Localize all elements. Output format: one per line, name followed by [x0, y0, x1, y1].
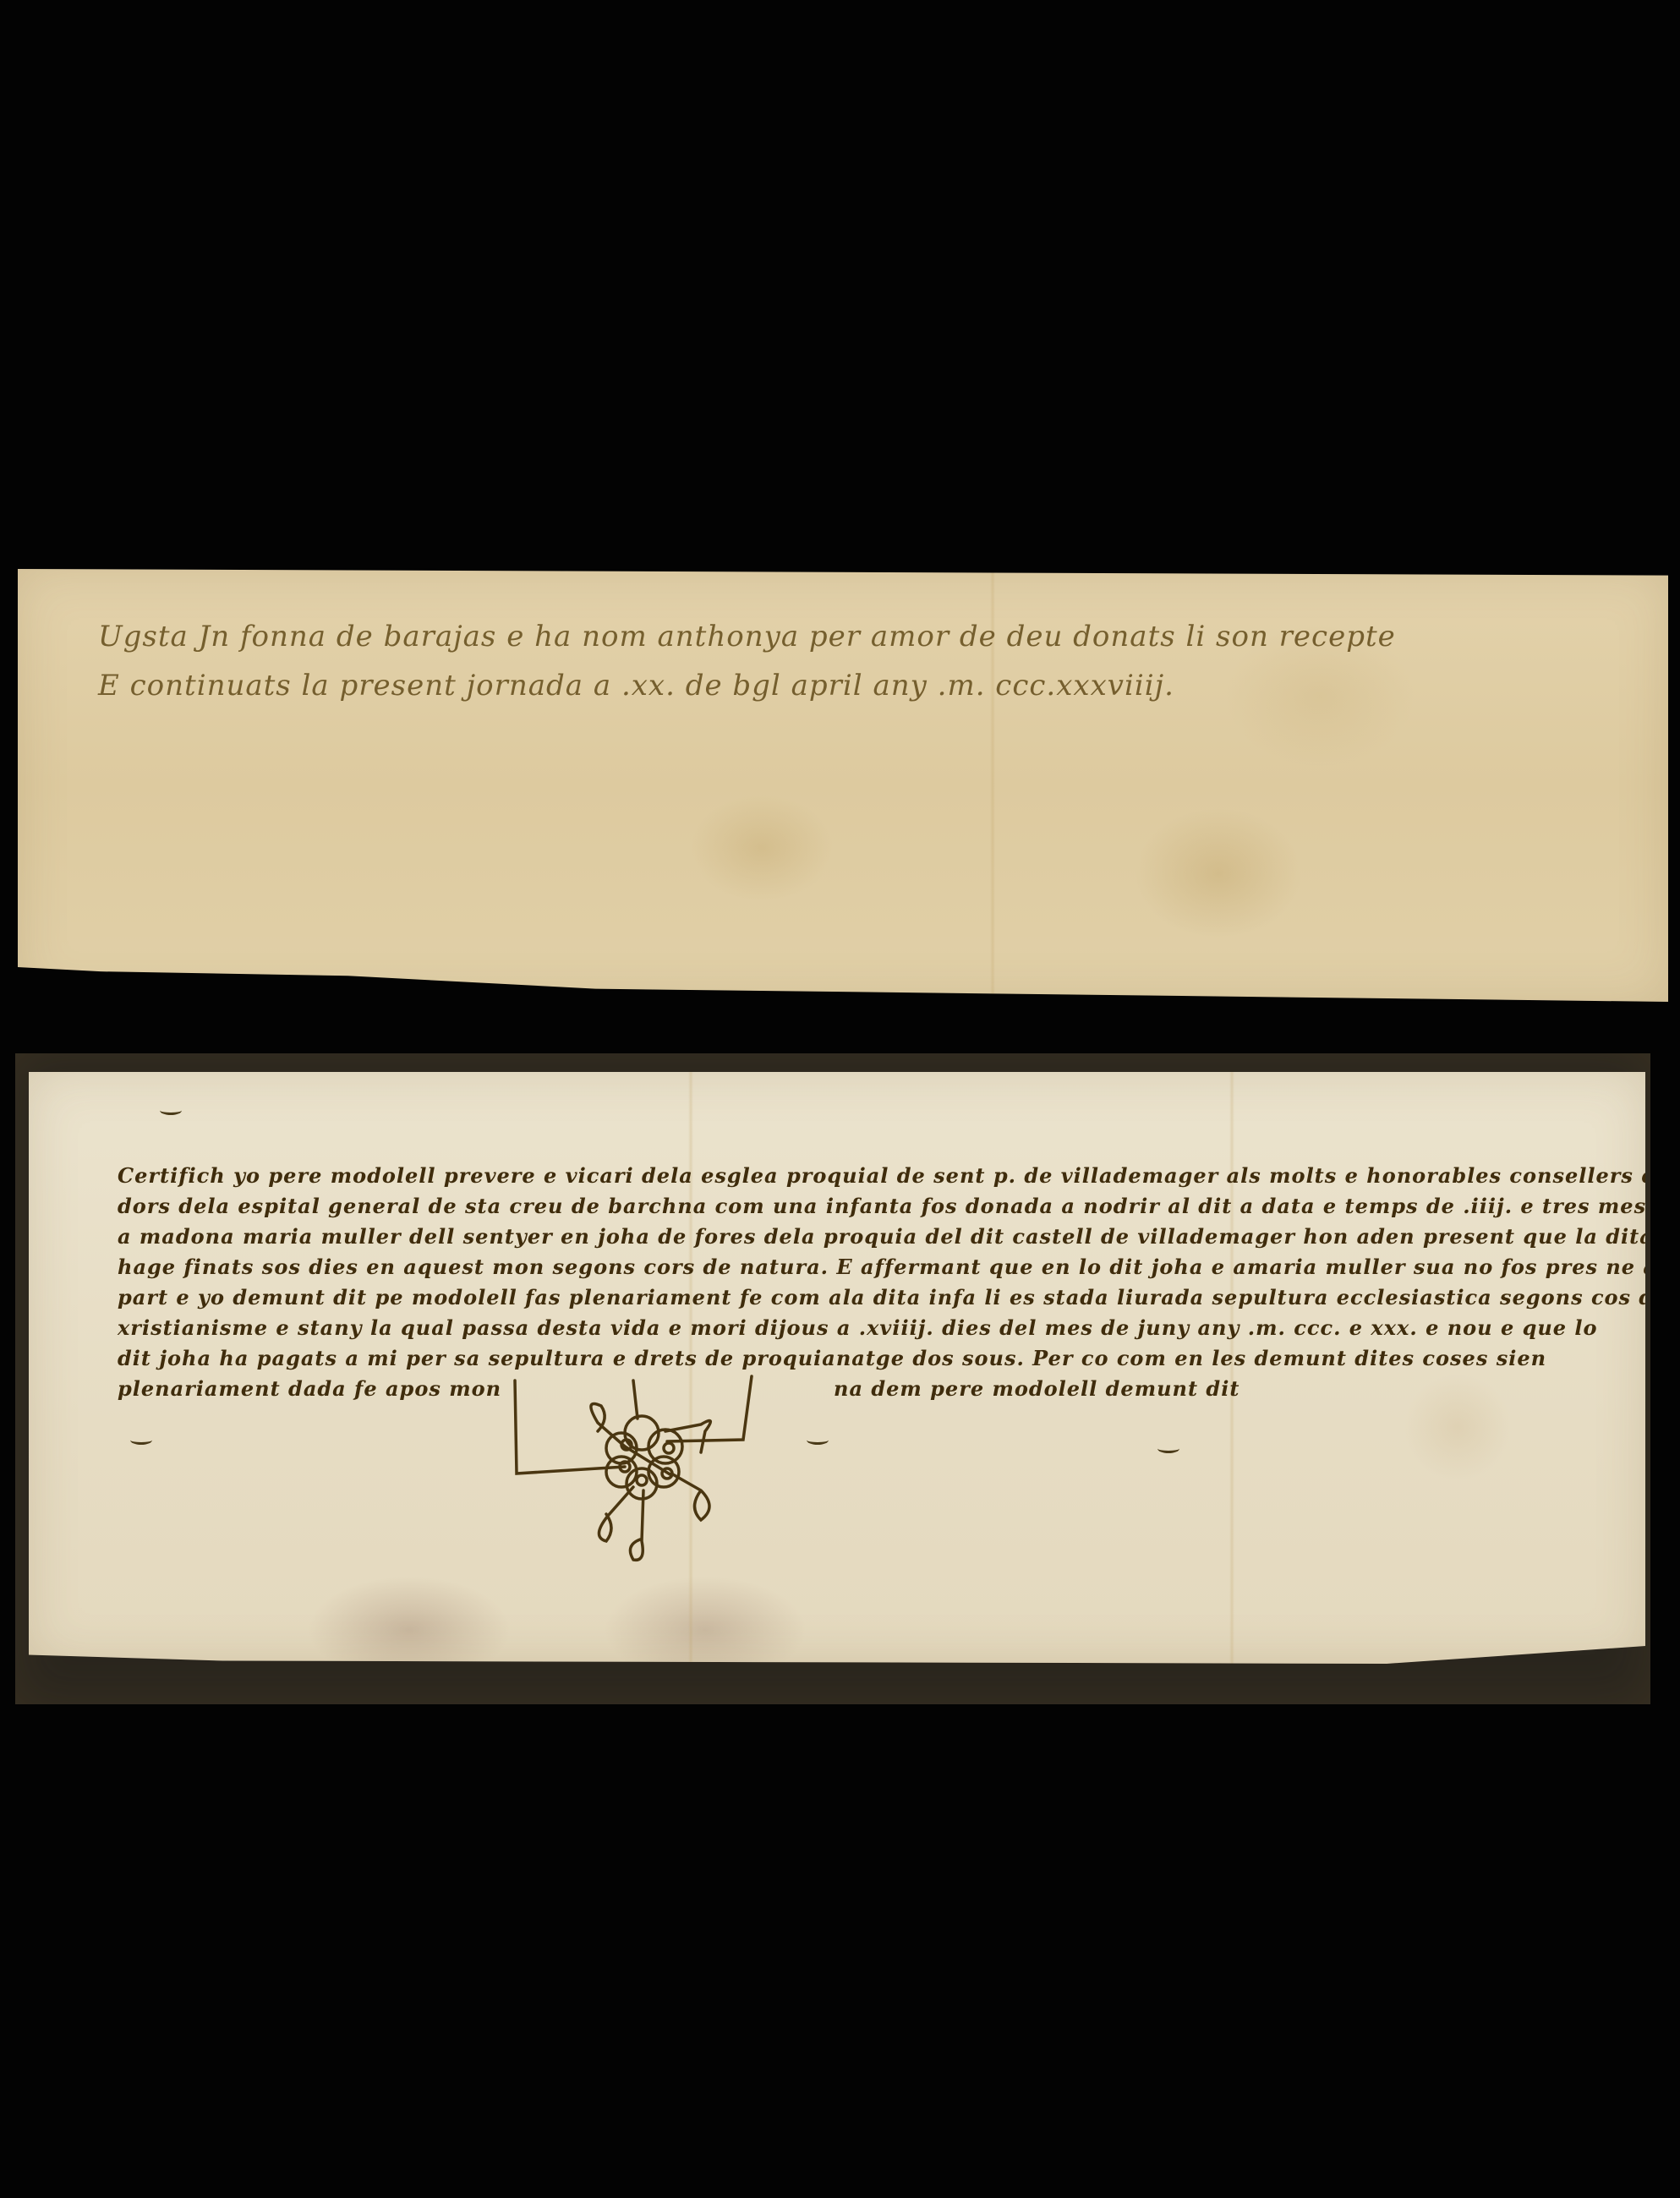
bottom-document-line-5: part e yo demunt dit pe modolell fas ple… — [118, 1285, 1667, 1310]
bottom-document-sheet: Certifich yo pere modolell prevere e vic… — [29, 1072, 1645, 1664]
bottom-document-line-1: Certifich yo pere modolell prevere e vic… — [118, 1163, 1680, 1188]
ink-mark — [160, 1106, 182, 1115]
bottom-document-line-7: dit joha ha pagats a mi per sa sepultura… — [118, 1346, 1546, 1370]
ink-mark — [1157, 1444, 1179, 1453]
bottom-document-line-2: dors dela espital general de sta creu de… — [118, 1194, 1680, 1218]
notary-signum-icon — [498, 1372, 769, 1566]
bottom-document-line-3: a madona maria muller dell sentyer en jo… — [118, 1224, 1680, 1249]
top-document-sheet: Ugsta Jn fonna de barajas e ha nom antho… — [18, 569, 1668, 1002]
bottom-document-line-6: xristianisme e stany la qual passa desta… — [118, 1315, 1598, 1340]
ink-mark — [807, 1435, 829, 1445]
top-document-line-2: E continuats la present jornada a .xx. d… — [98, 669, 1174, 703]
ink-mark — [130, 1435, 152, 1445]
bottom-document-line-4: hage finats sos dies en aquest mon segon… — [118, 1255, 1680, 1279]
top-document-line-1: Ugsta Jn fonna de barajas e ha nom antho… — [98, 620, 1396, 653]
